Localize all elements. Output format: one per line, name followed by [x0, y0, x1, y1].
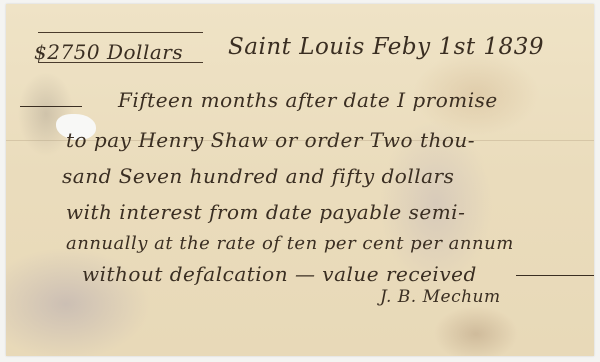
body-line-1: Fifteen months after date I promise	[118, 88, 498, 112]
body-line-6: without defalcation — value received	[82, 262, 477, 286]
trailing-rule	[516, 275, 594, 276]
body-line-4: with interest from date payable semi-	[66, 200, 465, 224]
amount-rule-bottom	[38, 62, 203, 64]
leading-rule	[20, 106, 82, 107]
place-date-line: Saint Louis Feby 1st 1839	[228, 34, 544, 60]
body-line-2: to pay Henry Shaw or order Two thou-	[66, 128, 475, 152]
body-line-3: sand Seven hundred and fifty dollars	[62, 164, 454, 188]
promissory-note-paper: $2750 Dollars Saint Louis Feby 1st 1839 …	[6, 4, 594, 356]
amount-rule-top	[38, 32, 203, 34]
amount-text: $2750 Dollars	[34, 40, 183, 64]
signature: J. B. Mechum	[380, 287, 501, 307]
body-line-5: annually at the rate of ten per cent per…	[66, 233, 514, 254]
